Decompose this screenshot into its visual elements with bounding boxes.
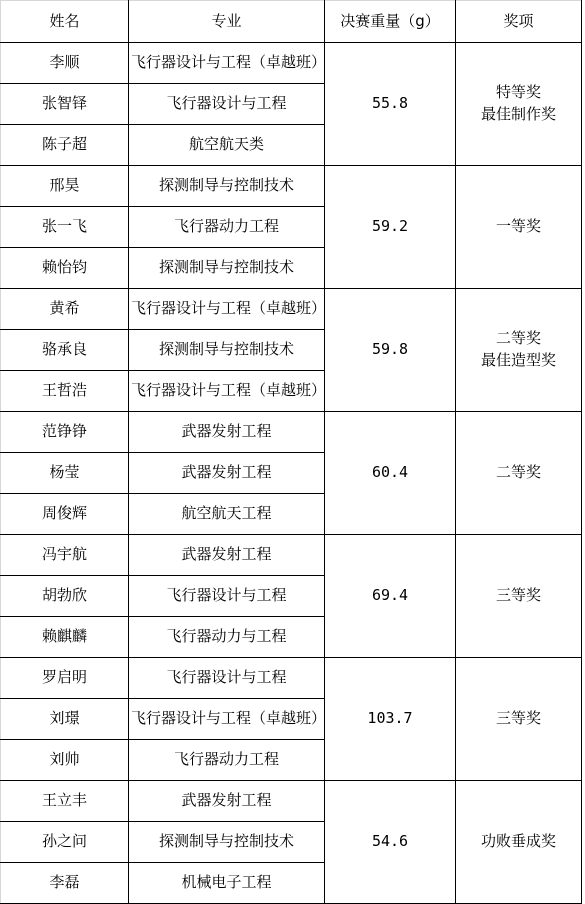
header-cell-weight: 决赛重量（g） xyxy=(325,1,456,43)
header-cell-name: 姓名 xyxy=(1,1,129,43)
major-cell: 武器发射工程 xyxy=(129,453,325,494)
table-row: 罗启明 飞行器设计与工程 103.7 三等奖 xyxy=(1,658,582,699)
major-cell: 飞行器设计与工程 xyxy=(129,658,325,699)
table-row: 王立丰 武器发射工程 54.6 功败垂成奖 xyxy=(1,781,582,822)
name-cell: 冯宇航 xyxy=(1,535,129,576)
major-cell: 探测制导与控制技术 xyxy=(129,248,325,289)
name-cell: 周俊辉 xyxy=(1,494,129,535)
name-cell: 刘帅 xyxy=(1,740,129,781)
header-cell-major: 专业 xyxy=(129,1,325,43)
award-cell: 三等奖 xyxy=(456,658,582,781)
award-cell: 功败垂成奖 xyxy=(456,781,582,904)
major-cell: 飞行器设计与工程（卓越班） xyxy=(129,43,325,84)
major-cell: 探测制导与控制技术 xyxy=(129,166,325,207)
major-cell: 飞行器设计与工程（卓越班） xyxy=(129,699,325,740)
major-cell: 航空航天工程 xyxy=(129,494,325,535)
name-cell: 陈子超 xyxy=(1,125,129,166)
weight-cell: 55.8 xyxy=(325,43,456,166)
major-cell: 飞行器动力工程 xyxy=(129,740,325,781)
page: 姓名 专业 决赛重量（g） 奖项 李顺 飞行器设计与工程（卓越班） 55.8 特… xyxy=(0,0,585,903)
major-cell: 航空航天类 xyxy=(129,125,325,166)
name-cell: 范铮铮 xyxy=(1,412,129,453)
award-cell: 特等奖 最佳制作奖 xyxy=(456,43,582,166)
major-cell: 探测制导与控制技术 xyxy=(129,330,325,371)
award-cell: 三等奖 xyxy=(456,535,582,658)
weight-cell: 59.2 xyxy=(325,166,456,289)
major-cell: 机械电子工程 xyxy=(129,863,325,904)
major-cell: 武器发射工程 xyxy=(129,412,325,453)
major-cell: 武器发射工程 xyxy=(129,535,325,576)
weight-cell: 69.4 xyxy=(325,535,456,658)
name-cell: 王哲浩 xyxy=(1,371,129,412)
header-cell-award: 奖项 xyxy=(456,1,582,43)
name-cell: 李磊 xyxy=(1,863,129,904)
major-cell: 飞行器设计与工程（卓越班） xyxy=(129,289,325,330)
award-cell: 一等奖 xyxy=(456,166,582,289)
weight-cell: 60.4 xyxy=(325,412,456,535)
table-row: 范铮铮 武器发射工程 60.4 二等奖 xyxy=(1,412,582,453)
name-cell: 邢昊 xyxy=(1,166,129,207)
major-cell: 武器发射工程 xyxy=(129,781,325,822)
name-cell: 胡勃欣 xyxy=(1,576,129,617)
name-cell: 李顺 xyxy=(1,43,129,84)
weight-cell: 59.8 xyxy=(325,289,456,412)
table-row: 李顺 飞行器设计与工程（卓越班） 55.8 特等奖 最佳制作奖 xyxy=(1,43,582,84)
table-row: 冯宇航 武器发射工程 69.4 三等奖 xyxy=(1,535,582,576)
table-row: 邢昊 探测制导与控制技术 59.2 一等奖 xyxy=(1,166,582,207)
name-cell: 黄希 xyxy=(1,289,129,330)
name-cell: 赖怡钧 xyxy=(1,248,129,289)
table-header-row: 姓名 专业 决赛重量（g） 奖项 xyxy=(1,1,582,43)
name-cell: 杨莹 xyxy=(1,453,129,494)
major-cell: 飞行器设计与工程 xyxy=(129,84,325,125)
major-cell: 探测制导与控制技术 xyxy=(129,822,325,863)
name-cell: 王立丰 xyxy=(1,781,129,822)
weight-cell: 54.6 xyxy=(325,781,456,904)
name-cell: 刘璟 xyxy=(1,699,129,740)
weight-cell: 103.7 xyxy=(325,658,456,781)
major-cell: 飞行器动力工程 xyxy=(129,207,325,248)
award-cell: 二等奖 最佳造型奖 xyxy=(456,289,582,412)
name-cell: 赖麒麟 xyxy=(1,617,129,658)
results-table: 姓名 专业 决赛重量（g） 奖项 李顺 飞行器设计与工程（卓越班） 55.8 特… xyxy=(0,0,582,904)
table-row: 黄希 飞行器设计与工程（卓越班） 59.8 二等奖 最佳造型奖 xyxy=(1,289,582,330)
name-cell: 罗启明 xyxy=(1,658,129,699)
name-cell: 骆承良 xyxy=(1,330,129,371)
award-cell: 二等奖 xyxy=(456,412,582,535)
name-cell: 孙之问 xyxy=(1,822,129,863)
major-cell: 飞行器设计与工程（卓越班） xyxy=(129,371,325,412)
major-cell: 飞行器设计与工程 xyxy=(129,576,325,617)
name-cell: 张智铎 xyxy=(1,84,129,125)
major-cell: 飞行器动力与工程 xyxy=(129,617,325,658)
name-cell: 张一飞 xyxy=(1,207,129,248)
